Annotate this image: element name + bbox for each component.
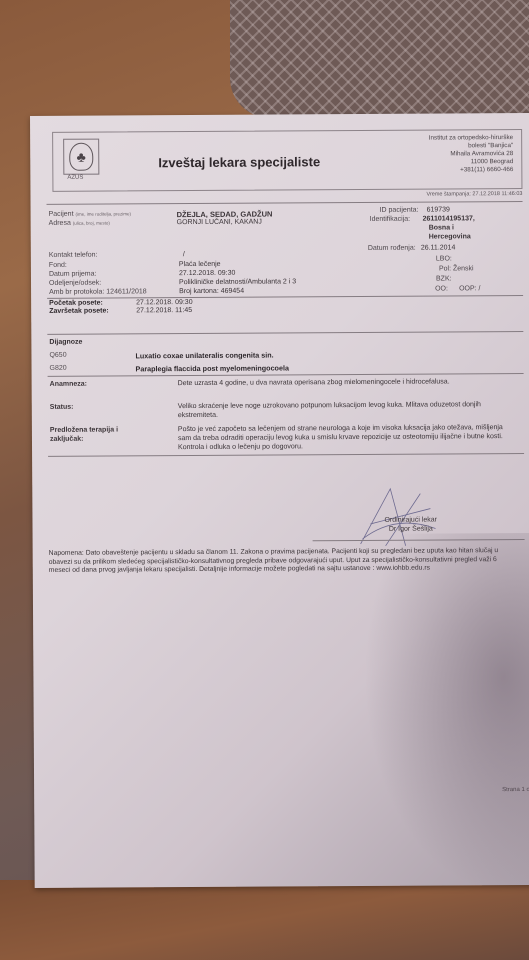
divider: [47, 331, 523, 335]
anamnesis-label: Anamneza:: [50, 380, 87, 389]
address-label: Adresa (ulica, broj, mesto): [49, 220, 110, 227]
contact-label: Kontakt telefon:: [49, 252, 98, 259]
status-text: Veliko skraćenje leve noge uzrokovano po…: [178, 400, 518, 420]
signature-block: Ordinirajući lekar Dr Igor Šešlija: [384, 516, 437, 534]
medical-report-page: ♣ AZUS Izveštaj lekara specijaliste Inst…: [30, 113, 529, 888]
lbo-field: LBO:: [436, 255, 452, 262]
divider: [48, 453, 524, 457]
protocol-label: Amb br protokola: 124611/2018: [49, 288, 147, 296]
oop-field: OOP: /: [459, 285, 480, 292]
report-title: Izveštaj lekara specijaliste: [158, 154, 320, 170]
bzk-field: BZK:: [436, 275, 452, 282]
diagnosis-code: Q650: [49, 352, 66, 359]
patient-label-text: Pacijent: [49, 211, 74, 218]
visit-end: 27.12.2018. 11:45: [136, 307, 192, 314]
physician-name: Dr Igor Šešlija: [385, 525, 438, 534]
visit-start: 27.12.2018. 09:30: [136, 299, 192, 306]
diagnosis-name: Luxatio coxae unilateralis congenita sin…: [135, 351, 273, 361]
identification-label: Identifikacija:: [370, 216, 411, 223]
department-label: Odeljenje/odsek:: [49, 280, 101, 287]
diagnoses-heading: Dijagnoze: [49, 339, 82, 346]
patient-label: Pacijent (ime, ime roditelja, prezime): [49, 210, 131, 218]
divider: [47, 295, 523, 299]
patient-id: 619739: [427, 206, 450, 213]
report-header: ♣ AZUS Izveštaj lekara specijaliste Inst…: [52, 129, 522, 192]
sex-field: Pol: Ženski: [439, 265, 474, 272]
therapy-label: Predložena terapija i zaključak:: [50, 425, 118, 443]
identification-country: Bosna i: [429, 224, 454, 231]
therapy-label-line: zaključak:: [50, 434, 118, 443]
visit-end-label: Završetak posete:: [49, 308, 109, 315]
institution-line: +381(11) 6660-466: [429, 166, 513, 175]
print-time: Vreme štampanja: 27.12.2018 11:46:03: [426, 191, 522, 198]
lace-tablecloth: [230, 0, 529, 118]
institute-logo: ♣: [63, 139, 99, 175]
protocol-number: 124611/2018: [106, 288, 146, 295]
visit-start-label: Početak posete:: [49, 300, 103, 307]
admission-date: 27.12.2018. 09:30: [179, 270, 235, 277]
department-value: Polikliničke delatnosti/Ambulanta 2 i 3: [179, 278, 296, 286]
physician-role: Ordinirajući lekar: [384, 516, 437, 525]
therapy-text: Pošto je već započeto sa lečenjem od str…: [178, 423, 518, 452]
chart-label: Broj kartona:: [179, 288, 219, 295]
identification-number: 2611014195137,: [423, 215, 475, 222]
tree-icon: ♣: [69, 143, 93, 171]
divider: [48, 373, 524, 377]
patient-id-label: ID pacijenta:: [380, 207, 419, 214]
page-number: Strana 1 od 1: [502, 787, 529, 793]
fund-label: Fond:: [49, 262, 67, 269]
institution-address: Institut za ortopedsko-hirurške bolesti …: [429, 134, 514, 175]
protocol-label-text: Amb br protokola:: [49, 289, 104, 296]
shadow-overlay: [363, 533, 529, 894]
contact-value: /: [183, 251, 185, 258]
date-of-birth: 26.11.2014: [421, 244, 456, 251]
patient-address: GORNJI LUČANI, KAKANJ: [177, 219, 262, 227]
oo-field: OO:: [435, 285, 448, 292]
diagnosis-name: Paraplegia flaccida post myelomeningocoe…: [136, 363, 289, 373]
admission-label: Datum prijema:: [49, 271, 97, 278]
status-label: Status:: [50, 403, 74, 412]
divider: [47, 201, 523, 205]
address-label-hint: (ulica, broj, mesto): [73, 221, 110, 226]
legal-note: Napomena: Dato obaveštenje pacijentu u s…: [49, 547, 519, 575]
address-label-text: Adresa: [49, 220, 71, 227]
chart-number: Broj kartona: 469454: [179, 288, 244, 295]
therapy-label-line: Predložena terapija i: [50, 425, 118, 434]
fund-value: Plaća lečenje: [179, 261, 221, 268]
dob-label: Datum rođenja:: [368, 245, 416, 252]
identification-country: Hercegovina: [429, 233, 471, 240]
patient-label-hint: (ime, ime roditelja, prezime): [75, 211, 131, 216]
anamnesis-text: Dete uzrasta 4 godine, u dva navrata ope…: [178, 377, 518, 388]
logo-label: AZUS: [67, 175, 83, 181]
diagnosis-code: G820: [50, 365, 67, 372]
chart-value: 469454: [221, 288, 244, 295]
table-surface: [0, 880, 529, 960]
